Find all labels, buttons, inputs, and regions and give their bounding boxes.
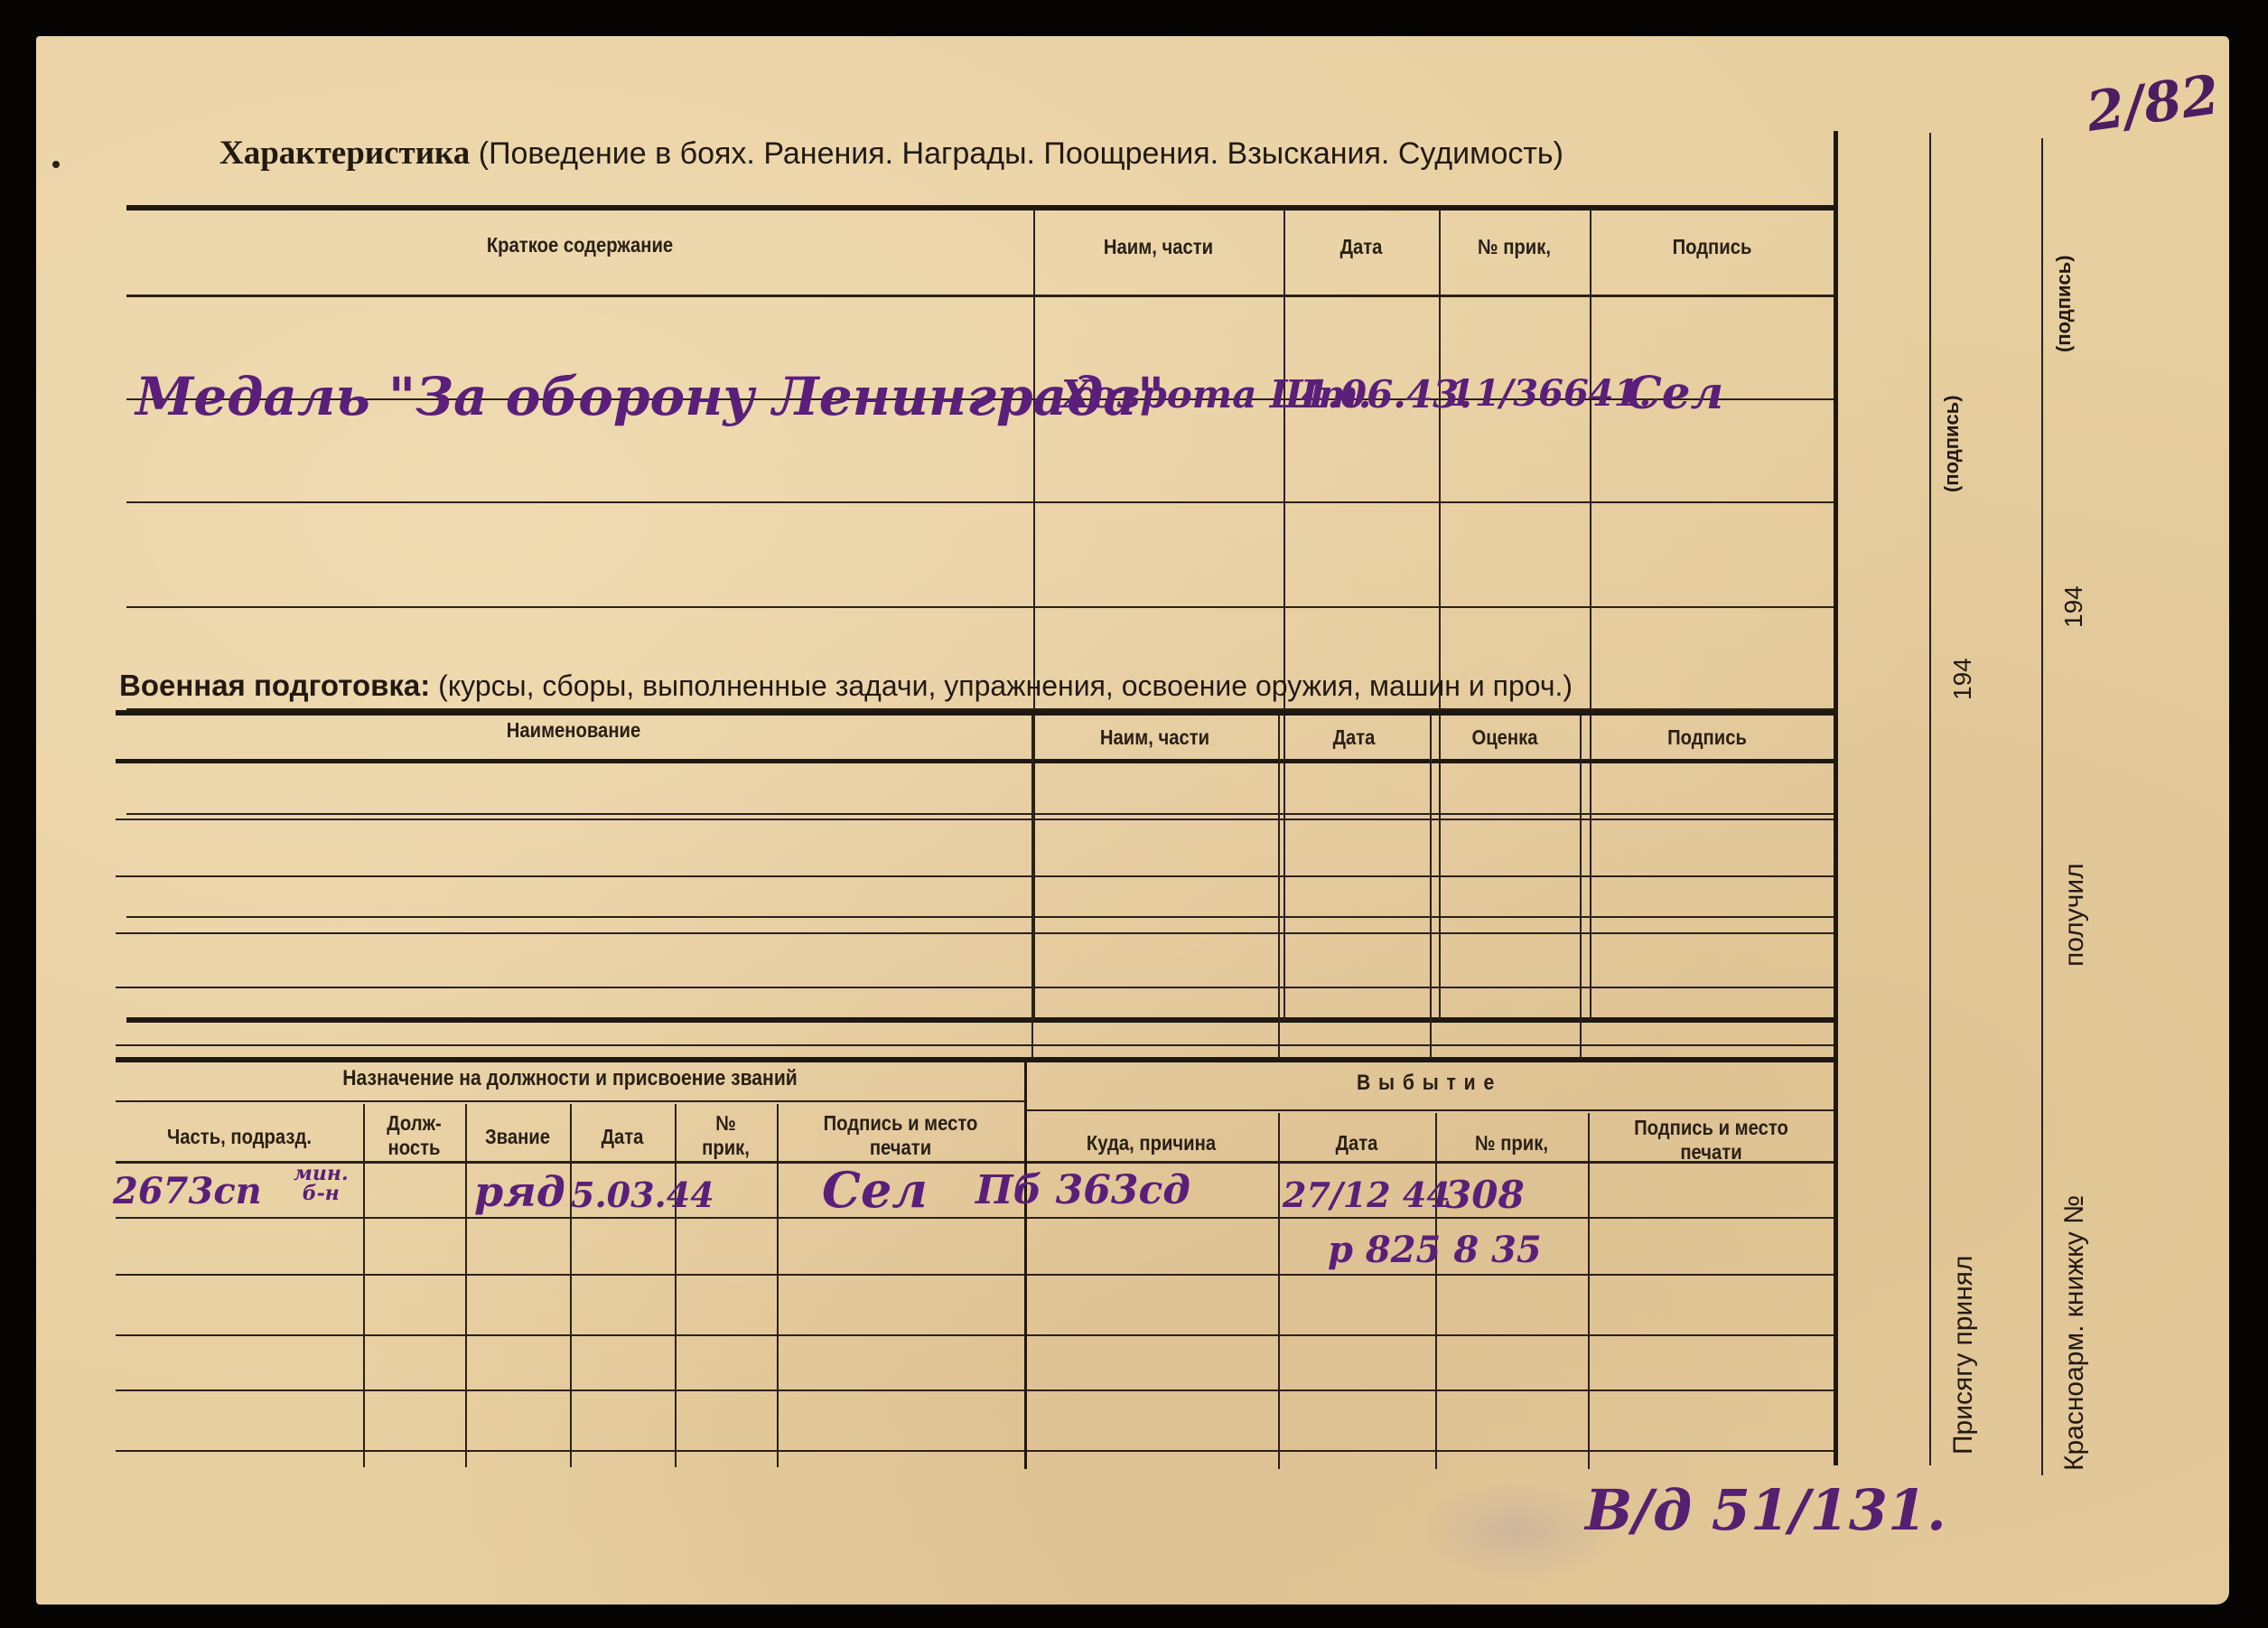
sign-l1: Подпись и место bbox=[1634, 1116, 1788, 1139]
page-number: 2/82 bbox=[2083, 63, 2223, 145]
punch-mark bbox=[52, 161, 60, 168]
book-signature-line bbox=[2041, 138, 2043, 1475]
characteristic-entry-order: 11/36641. bbox=[1450, 372, 1651, 415]
appointment-unit-sub: мин.б-н bbox=[294, 1164, 349, 1203]
col-divider bbox=[1031, 716, 1033, 1059]
oath-year: 194 bbox=[1948, 658, 1977, 700]
appointment-unit: 2673сп bbox=[113, 1170, 262, 1212]
col-header-signature: Подпись bbox=[1604, 235, 1819, 259]
col-divider bbox=[1588, 1113, 1590, 1469]
col-divider bbox=[570, 1104, 572, 1467]
col-header-date: Дата bbox=[1287, 1131, 1425, 1156]
characteristic-entry-signature: Сел bbox=[1626, 366, 1723, 419]
col-header-signature: Подпись bbox=[1595, 725, 1819, 750]
col-divider bbox=[675, 1104, 677, 1467]
footer-note: В/д 51/131. bbox=[1585, 1477, 1946, 1543]
rule bbox=[116, 1161, 1838, 1164]
order-l2: прик, bbox=[702, 1136, 750, 1159]
col-header-date: Дата bbox=[576, 1125, 668, 1149]
rule bbox=[116, 1334, 1838, 1336]
rule bbox=[116, 1389, 1838, 1391]
book-signature-caption: (подпись) bbox=[2052, 255, 2076, 352]
col-header-part: Часть, подразд. bbox=[130, 1125, 348, 1149]
sign-l2: печати bbox=[870, 1136, 931, 1159]
departure-where: Пб 363сд bbox=[975, 1167, 1190, 1213]
rule bbox=[1024, 1109, 1838, 1111]
col-divider bbox=[1430, 716, 1432, 1059]
col-header-unit: Наим, части bbox=[1046, 725, 1263, 750]
rule bbox=[116, 1450, 1838, 1452]
rule bbox=[126, 205, 1838, 211]
col-divider bbox=[1590, 209, 1591, 1020]
departure-date: 27/12 44 bbox=[1283, 1174, 1451, 1215]
characteristic-title: Характеристика bbox=[219, 135, 470, 172]
col-divider bbox=[363, 1104, 365, 1467]
col-divider bbox=[1580, 716, 1582, 1059]
rule bbox=[126, 501, 1838, 503]
document-sheet: 2/82 Характеристика (Поведение в боях. Р… bbox=[36, 36, 2229, 1605]
book-received-label: получил bbox=[2059, 863, 2090, 967]
col-header-grade: Оценка bbox=[1439, 725, 1571, 750]
departure-title: Выбытие bbox=[1073, 1071, 1786, 1096]
appointments-title: Назначение на должности и присвоение зва… bbox=[170, 1066, 969, 1091]
rule bbox=[116, 1217, 1838, 1219]
characteristic-heading: Характеристика (Поведение в боях. Ранени… bbox=[219, 134, 1563, 173]
sign-l1: Подпись и место bbox=[824, 1111, 978, 1135]
order-l1: № bbox=[715, 1111, 736, 1135]
col-header-name: Наименование bbox=[171, 718, 976, 743]
col-divider bbox=[1278, 1113, 1280, 1469]
rule bbox=[126, 606, 1838, 608]
col-divider bbox=[1435, 1113, 1437, 1469]
position-l1: Долж- bbox=[387, 1111, 441, 1135]
appointment-rank: ряд bbox=[474, 1167, 565, 1216]
col-divider bbox=[1439, 209, 1441, 1020]
col-header-unit: Наим, части bbox=[1049, 235, 1269, 259]
col-header-stamp: Подпись и местопечати bbox=[791, 1111, 1009, 1160]
unit-sub-l2: б-н bbox=[303, 1182, 340, 1205]
departure-order: 308 bbox=[1445, 1173, 1525, 1217]
col-header-summary: Краткое содержание bbox=[181, 233, 979, 257]
oath-signature-line bbox=[1929, 133, 1931, 1465]
col-header-stamp: Подпись и местопечати bbox=[1602, 1116, 1819, 1165]
col-header-order: №прик, bbox=[681, 1111, 770, 1160]
rule bbox=[116, 1274, 1838, 1276]
col-header-date: Дата bbox=[1293, 235, 1429, 259]
characteristic-entry-date: 4.06.43. bbox=[1301, 372, 1472, 416]
appointment-signature: Сел bbox=[822, 1161, 928, 1219]
characteristic-entry-summary: Медаль "За оборону Ленинграда" bbox=[135, 366, 1164, 427]
training-subtitle: (курсы, сборы, выполненные задачи, упраж… bbox=[438, 669, 1573, 702]
col-header-date: Дата bbox=[1287, 725, 1421, 750]
characteristic-subtitle: (Поведение в боях. Ранения. Награды. Поо… bbox=[479, 136, 1563, 171]
oath-signature-caption: (подпись) bbox=[1940, 395, 1964, 492]
training-title: Военная подготовка: bbox=[119, 669, 430, 702]
form-right-border bbox=[1834, 131, 1838, 1465]
section-divider bbox=[1024, 1062, 1027, 1469]
col-divider bbox=[1278, 716, 1280, 1059]
col-header-where: Куда, причина bbox=[1040, 1131, 1263, 1156]
col-divider bbox=[777, 1104, 779, 1467]
appointment-date: 5.03.44 bbox=[571, 1174, 714, 1215]
rule bbox=[116, 1100, 1024, 1102]
book-label: Красноарм. книжку № bbox=[2059, 1195, 2090, 1471]
col-divider bbox=[1283, 209, 1285, 1020]
col-header-position: Долж-ность bbox=[369, 1111, 459, 1160]
col-header-order: № прик, bbox=[1444, 1131, 1579, 1156]
training-heading: Военная подготовка: (курсы, сборы, выпол… bbox=[119, 669, 1573, 703]
book-year: 194 bbox=[2059, 585, 2088, 628]
col-header-order: № прик, bbox=[1448, 235, 1581, 259]
position-l2: ность bbox=[388, 1136, 441, 1159]
oath-label: Присягу принял bbox=[1948, 1255, 1979, 1455]
departure-note: р 825 8 35 bbox=[1328, 1229, 1542, 1271]
rule bbox=[126, 295, 1838, 297]
col-divider bbox=[1033, 209, 1035, 1020]
col-header-rank: Звание bbox=[471, 1125, 564, 1149]
col-divider bbox=[465, 1104, 467, 1467]
